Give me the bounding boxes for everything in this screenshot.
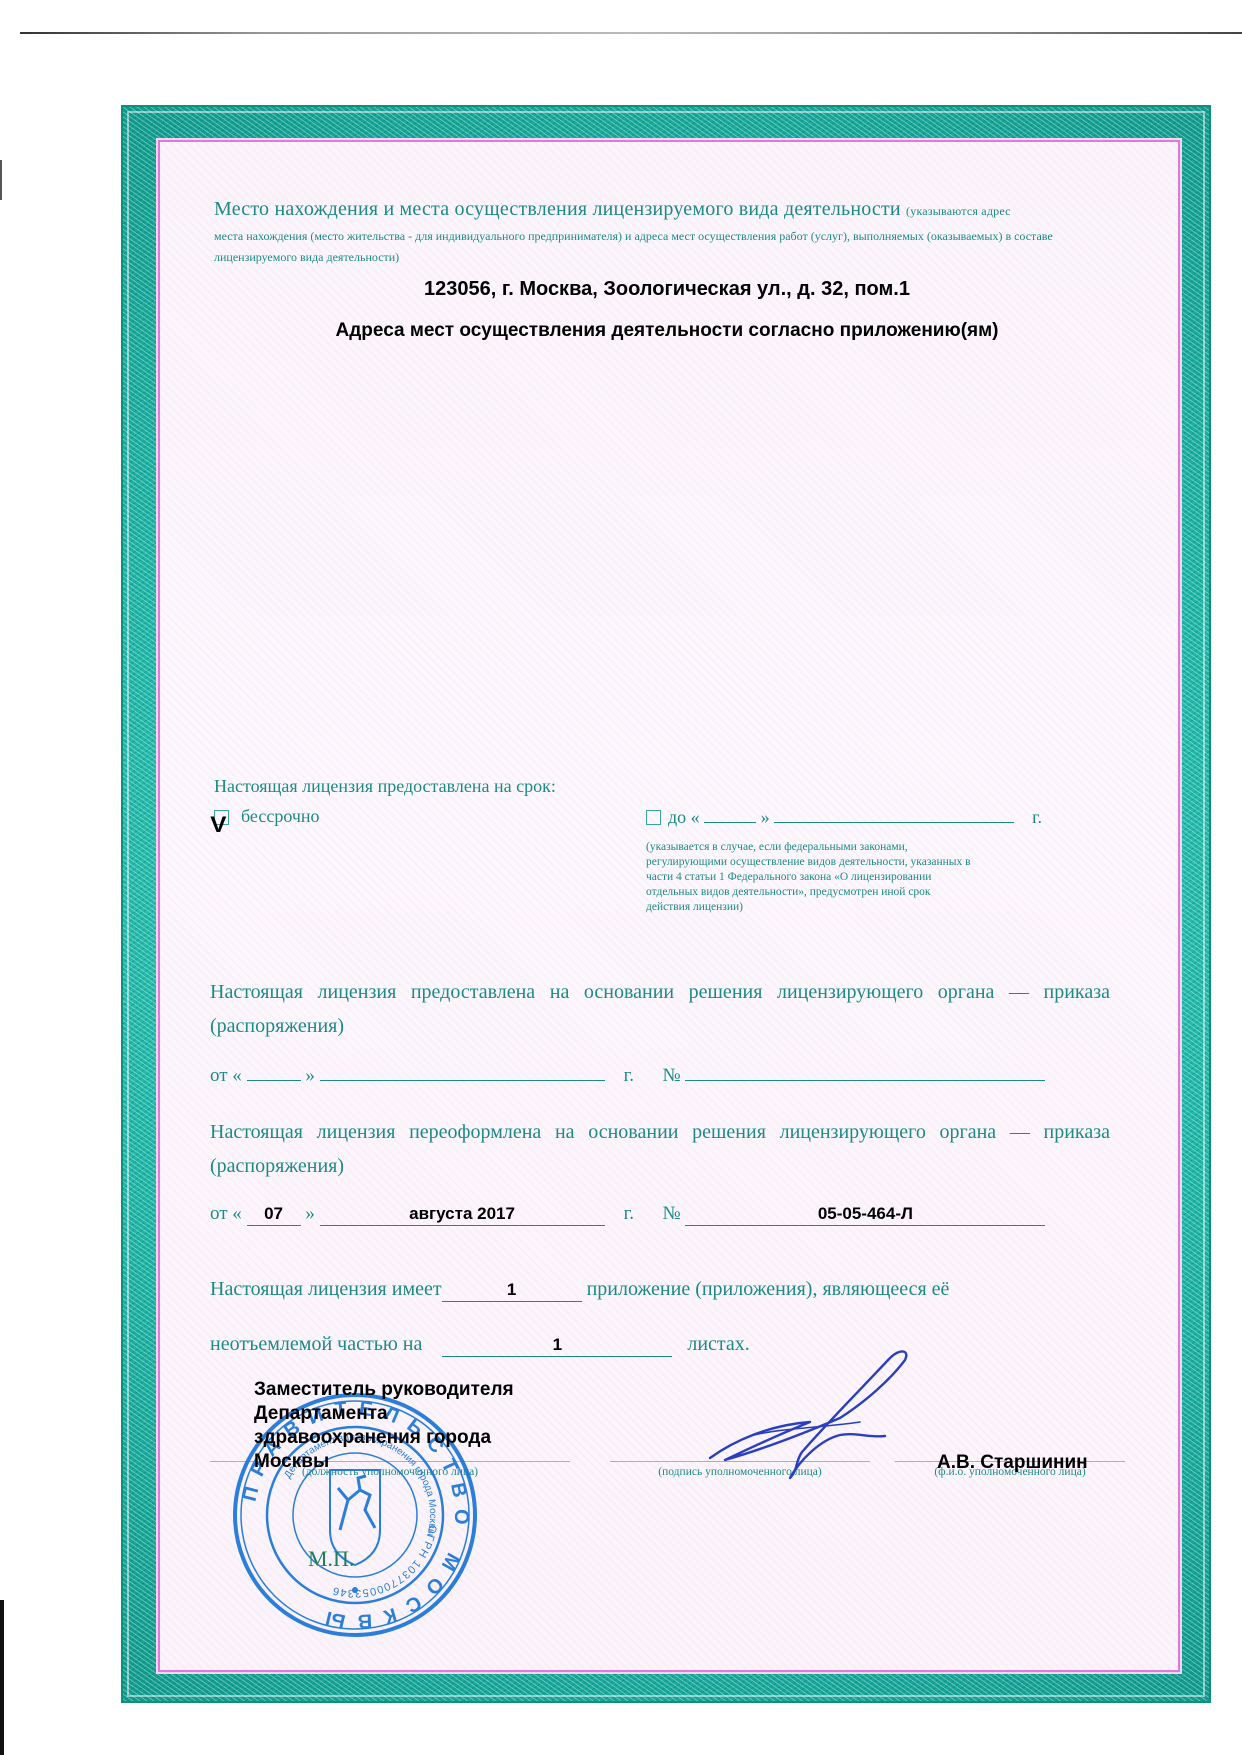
section-heading-note-rest: места нахождения (место жительства - для… [214,226,1134,268]
grant-number-field [685,1058,1045,1081]
reissue-year-label: г. [624,1203,634,1224]
annex-sheets-row: неотъемлемой частью на 1 листах. [210,1333,750,1357]
section-heading: Место нахождения и места осуществления л… [214,198,1011,221]
grant-basis-order-row: от « » г. № [210,1058,1045,1087]
until-date-checkbox [646,810,661,825]
sheets-prefix: неотъемлемой частью на [210,1333,422,1355]
grant-quote-close: » [305,1065,315,1086]
stamp-place-label: М.П. [308,1546,354,1572]
address-annex-note: Адреса мест осуществления деятельности с… [158,320,1176,342]
grant-from-label: от « [210,1065,242,1086]
scan-edge-mark [0,160,2,200]
reissue-basis-order-row: от « 07 » августа 2017 г. № 05-05-464-Л [210,1203,1045,1226]
reissue-quote-close: » [305,1203,315,1224]
signer-position-line: Москвы [254,1450,514,1474]
grant-day-field [247,1058,301,1081]
reissue-basis-text: Настоящая лицензия переоформлена на осно… [210,1115,1110,1183]
perpetual-label: бессрочно [241,806,320,827]
check-mark-icon: V [210,812,226,838]
until-day-field [704,806,756,823]
grant-basis-text: Настоящая лицензия предоставлена на осно… [210,975,1110,1043]
handwritten-signature-icon [690,1340,920,1480]
reissue-number-label: № [662,1203,680,1224]
signer-position-line: здравоохранения города [254,1426,514,1450]
until-date-note: (указывается в случае, если федеральными… [646,840,976,915]
until-year-suffix: г. [1032,807,1042,827]
annex-suffix: приложение (приложения), являющееся её [587,1278,950,1300]
annex-count-row: Настоящая лицензия имеет1 приложение (пр… [210,1278,949,1302]
signer-position-line: Заместитель руководителя [254,1378,514,1402]
until-date-row: до « » г. [668,806,1042,828]
scan-edge-line [20,32,1242,34]
term-label: Настоящая лицензия предоставлена на срок… [214,776,556,797]
signer-position: Заместитель руководителя Департамента зд… [254,1378,514,1474]
grant-year-label: г. [624,1065,634,1086]
signer-name: А.В. Старшинин [937,1452,1088,1474]
section-heading-text: Место нахождения и места осуществления л… [214,198,901,220]
until-month-year-field [774,806,1014,823]
sheets-count-field: 1 [442,1334,672,1357]
annex-prefix: Настоящая лицензия имеет [210,1278,442,1300]
until-prefix: до « [668,807,700,827]
grant-number-label: № [662,1065,680,1086]
reissue-month-year-field: августа 2017 [320,1203,605,1226]
until-quote-close: » [761,807,770,827]
reissue-day-field: 07 [247,1203,301,1226]
reissue-number-field: 05-05-464-Л [685,1203,1045,1226]
annex-count-field: 1 [442,1279,582,1302]
scan-edge-shadow [0,1600,4,1755]
grant-month-year-field [320,1058,605,1081]
reissue-from-label: от « [210,1203,242,1224]
section-heading-note: (указываются адрес [906,204,1011,218]
signer-position-line: Департамента [254,1402,514,1426]
license-address: 123056, г. Москва, Зоологическая ул., д.… [158,278,1176,301]
